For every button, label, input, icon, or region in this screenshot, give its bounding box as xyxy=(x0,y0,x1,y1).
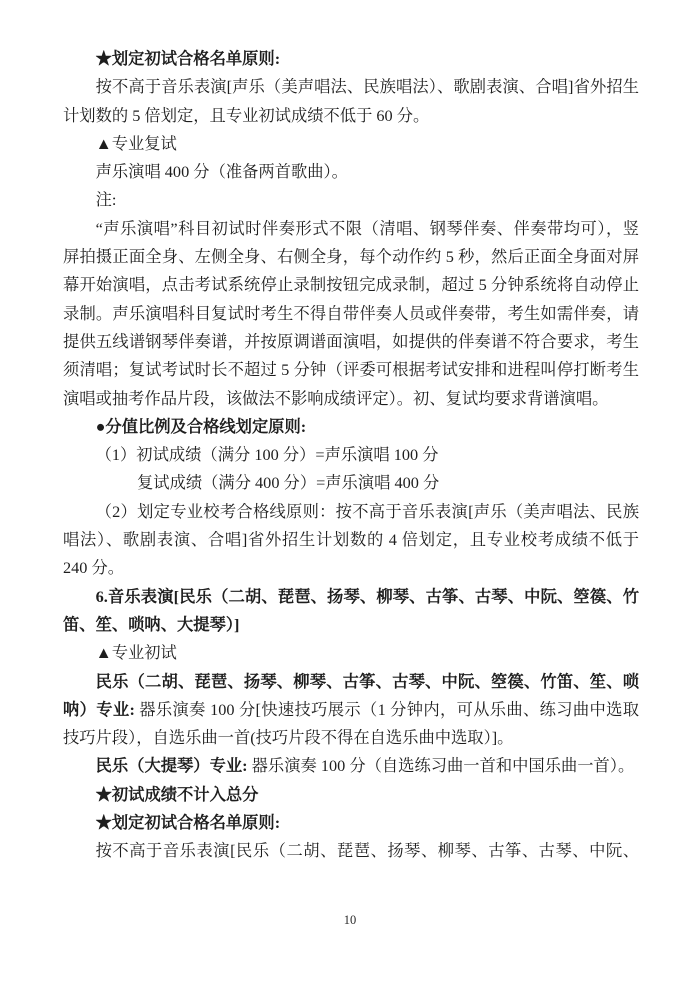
para-folk-instruments-requirement: 民乐（二胡、琵琶、扬琴、柳琴、古筝、古琴、中阮、箜篌、竹笛、笙、唢呐）专业: 器… xyxy=(63,668,639,753)
line-retest-score-formula: 复试成绩（满分 400 分）=声乐演唱 400 分 xyxy=(63,469,639,497)
para-vocal-initial-shortlist-detail: 按不高于音乐表演[声乐（美声唱法、民族唱法）、歌剧表演、合唱]省外招生计划数的 … xyxy=(63,73,639,130)
heading-score-ratio-rule: ●分值比例及合格线划定原则: xyxy=(63,413,639,441)
heading-vocal-retest: ▲专业复试 xyxy=(63,130,639,158)
label-note: 注: xyxy=(63,186,639,214)
para-note-detail: “声乐演唱”科目初试时伴奏形式不限（清唱、钢琴伴奏、伴奏带均可），竖屏拍摄正面全… xyxy=(63,215,639,413)
bold-lead-folk-cello: 民乐（大提琴）专业: xyxy=(96,756,248,775)
heading-initial-not-counted: ★初试成绩不计入总分 xyxy=(63,781,639,809)
para-folk-shortlist-detail: 按不高于音乐表演[民乐（二胡、琵琶、扬琴、柳琴、古筝、古琴、中阮、 xyxy=(63,837,639,865)
heading-folk-initial-shortlist-rule: ★划定初试合格名单原则: xyxy=(63,809,639,837)
para-folk-cello-requirement: 民乐（大提琴）专业: 器乐演奏 100 分（自选练习曲一首和中国乐曲一首）。 xyxy=(63,752,639,780)
page-number: 10 xyxy=(0,913,700,928)
text-folk-cello-detail: 器乐演奏 100 分（自选练习曲一首和中国乐曲一首）。 xyxy=(248,756,635,775)
para-vocal-retest-score: 声乐演唱 400 分（准备两首歌曲）。 xyxy=(63,158,639,186)
heading-vocal-initial-shortlist-rule: ★划定初试合格名单原则: xyxy=(63,45,639,73)
heading-section-6-folk-music: 6.音乐表演[民乐（二胡、琵琶、扬琴、柳琴、古筝、古琴、中阮、箜篌、竹笛、笙、唢… xyxy=(63,583,639,640)
heading-folk-initial-test: ▲专业初试 xyxy=(63,639,639,667)
text-folk-instruments-detail: 器乐演奏 100 分[快速技巧展示（1 分钟内，可从乐曲、练习曲中选取技巧片段）… xyxy=(63,700,639,747)
line-initial-score-formula: （1）初试成绩（满分 100 分）=声乐演唱 100 分 xyxy=(63,441,639,469)
para-school-exam-cutline-rule: （2）划定专业校考合格线原则：按不高于音乐表演[声乐（美声唱法、民族唱法）、歌剧… xyxy=(63,498,639,583)
document-body: ★划定初试合格名单原则: 按不高于音乐表演[声乐（美声唱法、民族唱法）、歌剧表演… xyxy=(63,45,639,866)
document-page: ★划定初试合格名单原则: 按不高于音乐表演[声乐（美声唱法、民族唱法）、歌剧表演… xyxy=(0,0,700,990)
